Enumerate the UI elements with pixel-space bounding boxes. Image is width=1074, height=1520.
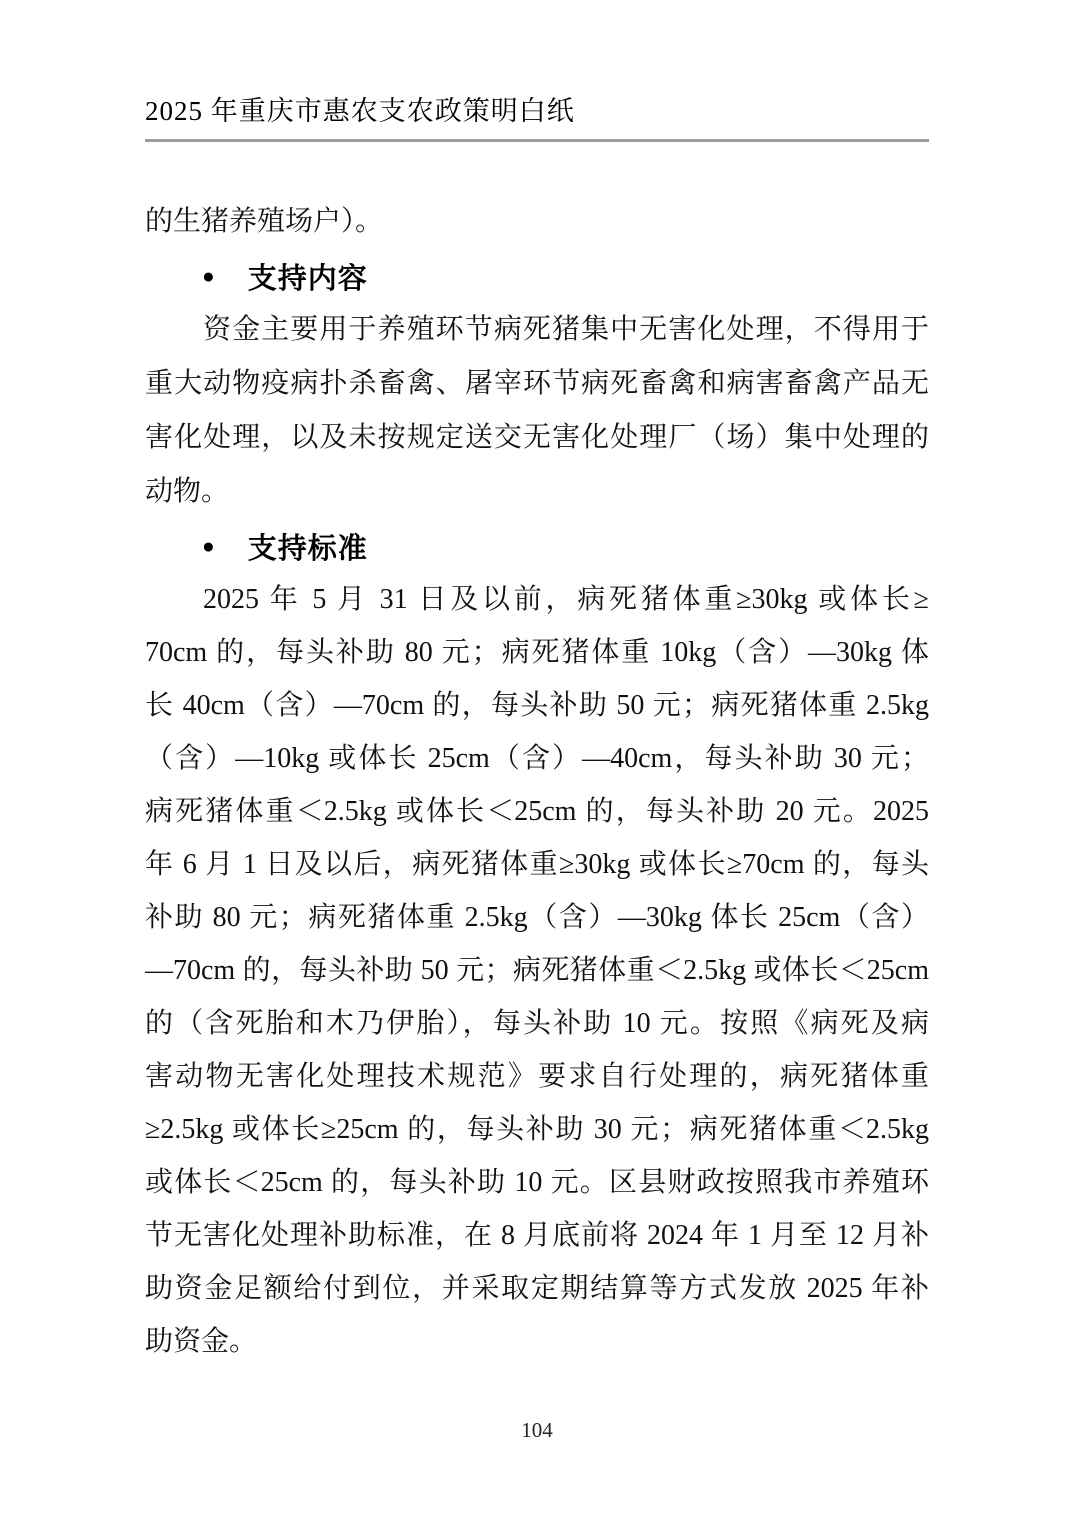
paragraph-line: 资金主要用于养殖环节病死猪集中无害化处理，不得用于 <box>145 303 929 357</box>
section-heading-label: 支持内容 <box>248 256 368 297</box>
section-heading-support-content: ● 支持内容 <box>145 249 929 303</box>
paragraph-line: 害动物无害化处理技术规范》要求自行处理的，病死猪体重 <box>145 1050 929 1103</box>
section-heading-label: 支持标准 <box>248 526 368 567</box>
paragraph-line: 的（含死胎和木乃伊胎），每头补助 10 元。按照《病死及病 <box>145 997 929 1050</box>
paragraph-line: 年 6 月 1 日及以后，病死猪体重≥30kg 或体长≥70cm 的，每头 <box>145 838 929 891</box>
section-support-content: 资金主要用于养殖环节病死猪集中无害化处理，不得用于 重大动物疫病扑杀畜禽、屠宰环… <box>145 303 929 519</box>
section-heading-support-standard: ● 支持标准 <box>145 519 929 573</box>
page-number: 104 <box>0 1415 1074 1445</box>
header-divider <box>145 139 929 142</box>
bullet-icon: ● <box>202 536 215 557</box>
paragraph-line: ≥2.5kg 或体长≥25cm 的，每头补助 30 元；病死猪体重＜2.5kg <box>145 1103 929 1156</box>
paragraph-line: 补助 80 元；病死猪体重 2.5kg（含）—30kg 体长 25cm（含） <box>145 891 929 944</box>
paragraph-line: —70cm 的，每头补助 50 元；病死猪体重＜2.5kg 或体长＜25cm <box>145 944 929 997</box>
paragraph-line: （含）—10kg 或体长 25cm（含）—40cm，每头补助 30 元； <box>145 732 929 785</box>
section-support-standard: 2025 年 5 月 31 日及以前，病死猪体重≥30kg 或体长≥ 70cm … <box>145 573 929 1368</box>
paragraph-line: 动物。 <box>145 465 929 519</box>
document-header: 2025 年重庆市惠农支农政策明白纸 <box>145 95 929 127</box>
paragraph-line: 助资金。 <box>145 1315 929 1368</box>
paragraph-line: 害化处理，以及未按规定送交无害化处理厂（场）集中处理的 <box>145 411 929 465</box>
document-header-title: 2025 年重庆市惠农支农政策明白纸 <box>145 95 929 127</box>
paragraph-line: 助资金足额给付到位，并采取定期结算等方式发放 2025 年补 <box>145 1262 929 1315</box>
bullet-icon: ● <box>202 266 215 287</box>
document-page: 2025 年重庆市惠农支农政策明白纸 的生猪养殖场户）。 ● 支持内容 资金主要… <box>0 0 1074 1520</box>
paragraph-line: 的生猪养殖场户）。 <box>145 195 929 249</box>
paragraph-line: 2025 年 5 月 31 日及以前，病死猪体重≥30kg 或体长≥ <box>145 573 929 626</box>
paragraph-line: 长 40cm（含）—70cm 的，每头补助 50 元；病死猪体重 2.5kg <box>145 679 929 732</box>
paragraph-line: 节无害化处理补助标准，在 8 月底前将 2024 年 1 月至 12 月补 <box>145 1209 929 1262</box>
paragraph-line: 重大动物疫病扑杀畜禽、屠宰环节病死畜禽和病害畜禽产品无 <box>145 357 929 411</box>
paragraph-line: 或体长＜25cm 的，每头补助 10 元。区县财政按照我市养殖环 <box>145 1156 929 1209</box>
document-body: 的生猪养殖场户）。 ● 支持内容 资金主要用于养殖环节病死猪集中无害化处理，不得… <box>145 195 929 1368</box>
paragraph-line: 病死猪体重＜2.5kg 或体长＜25cm 的，每头补助 20 元。2025 <box>145 785 929 838</box>
paragraph-line: 70cm 的，每头补助 80 元；病死猪体重 10kg（含）—30kg 体 <box>145 626 929 679</box>
